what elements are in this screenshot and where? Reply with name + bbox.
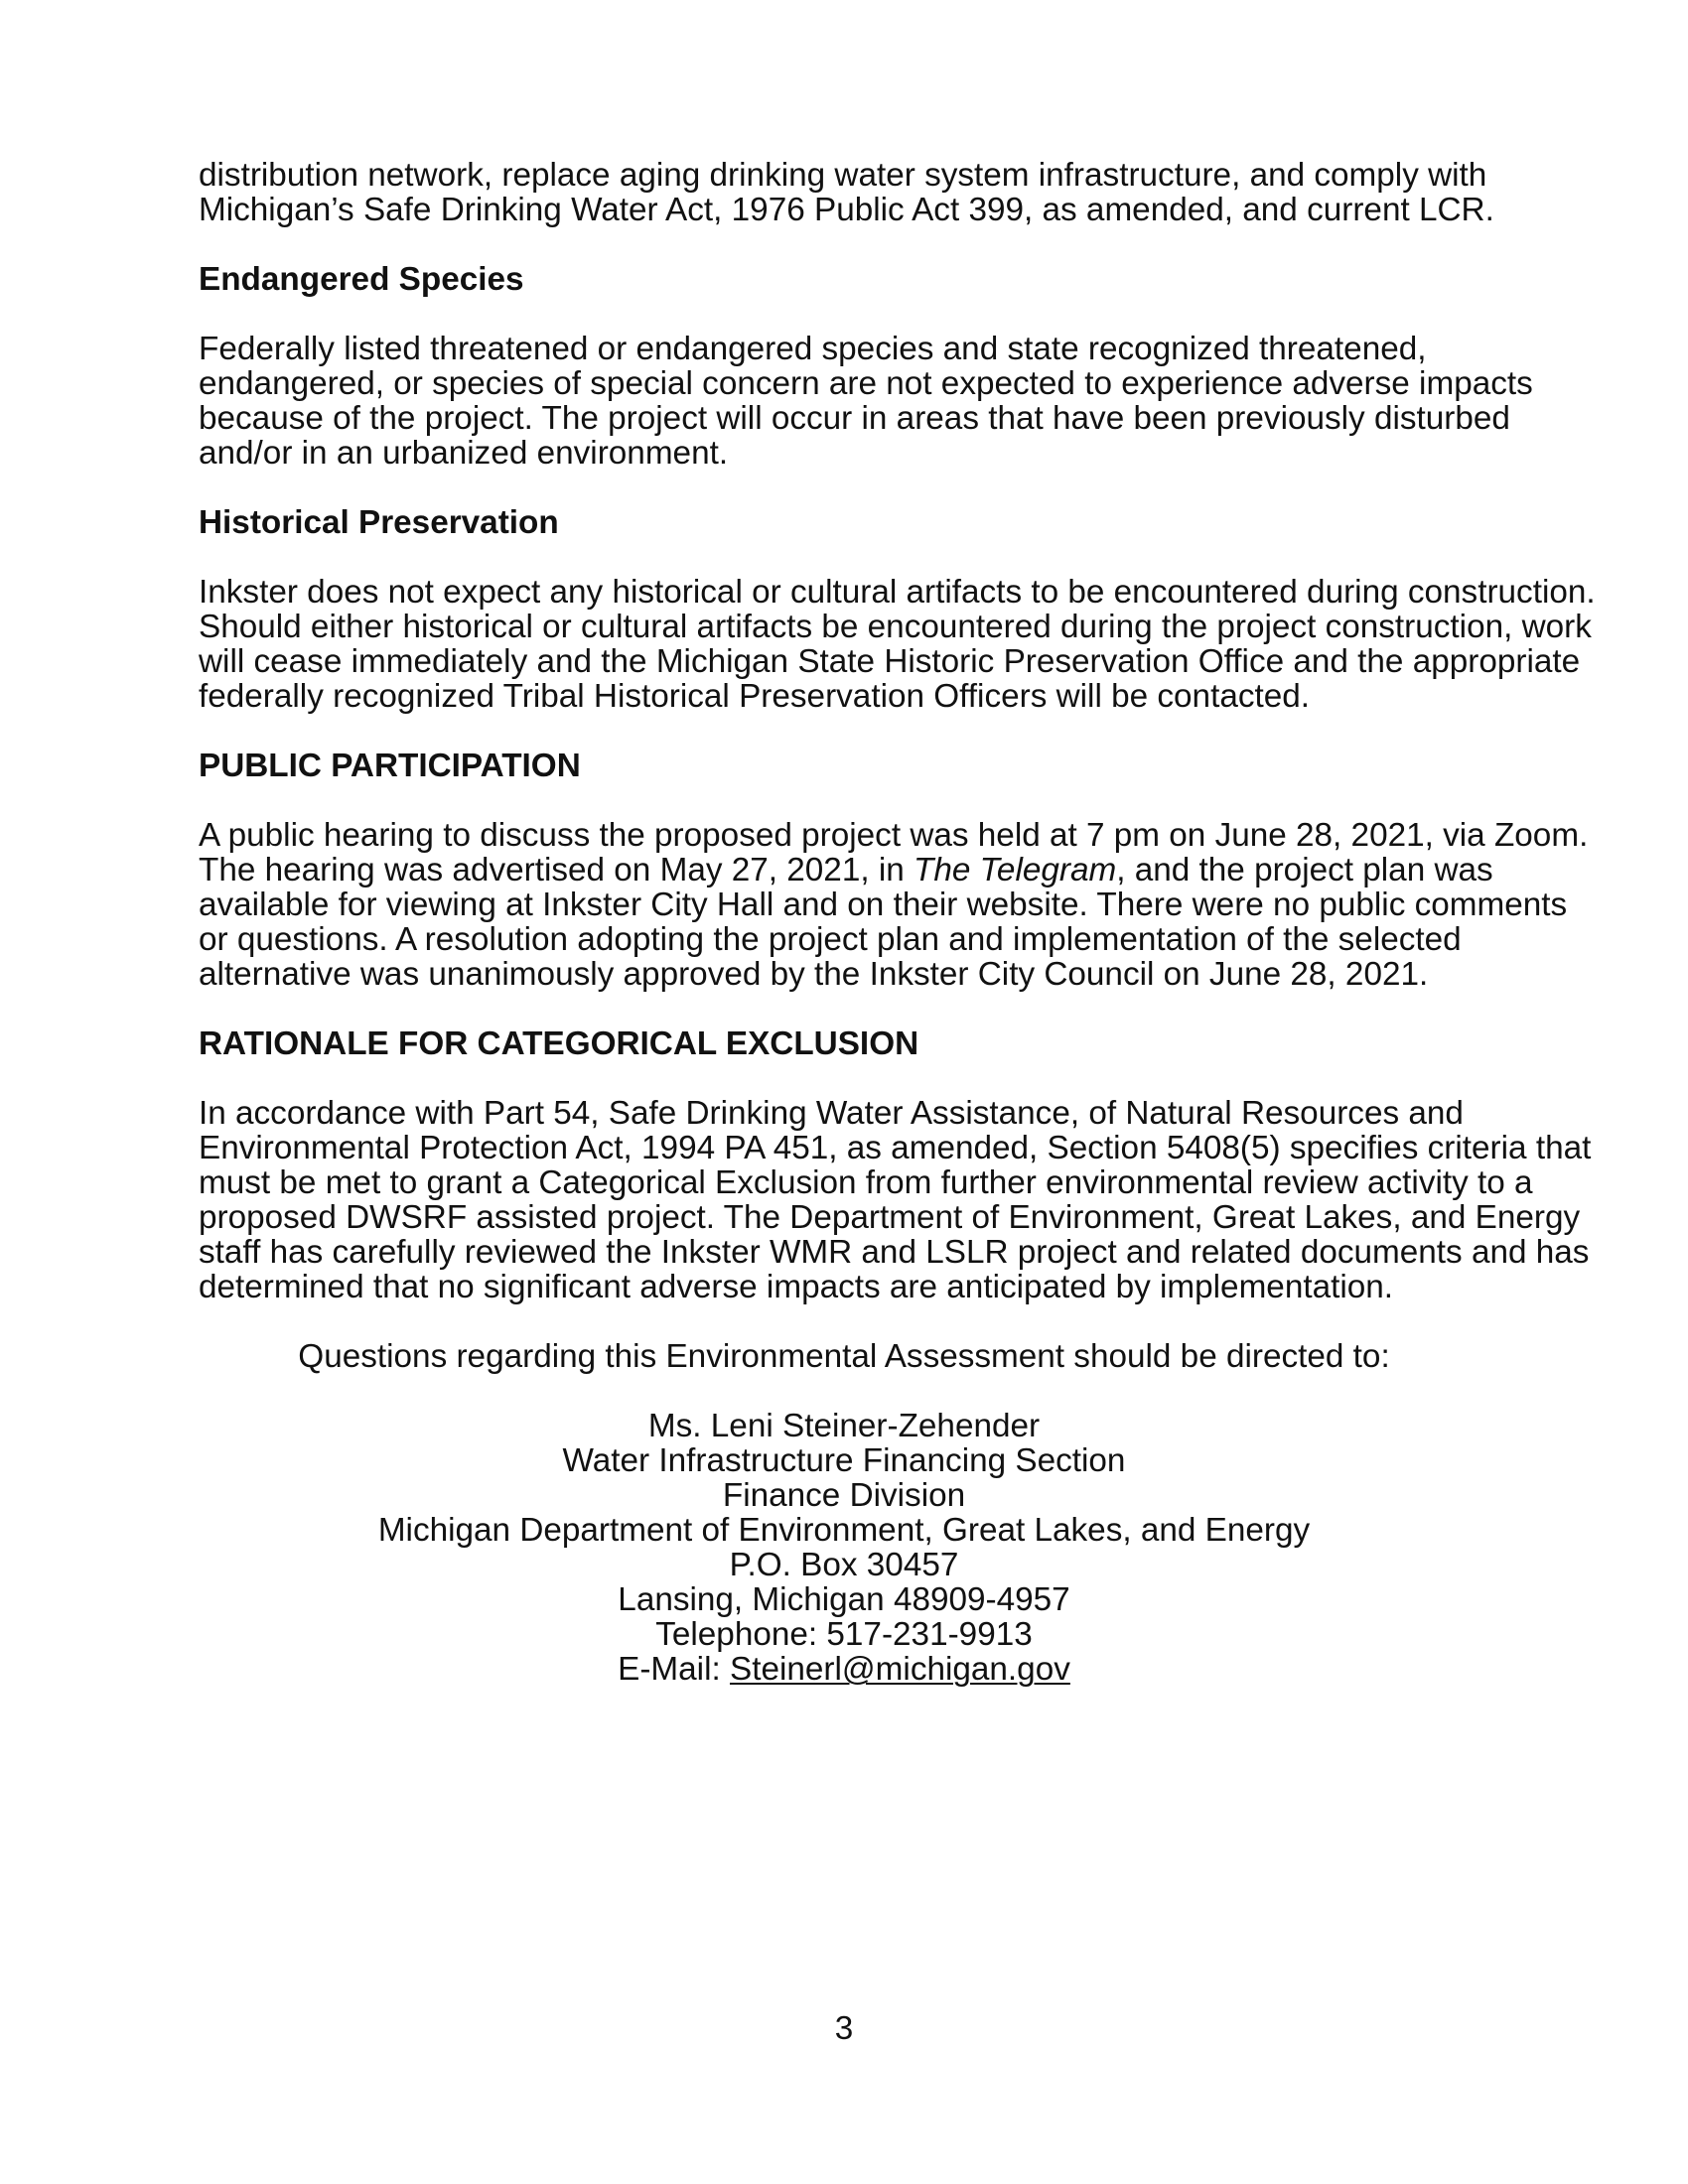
paragraph-line: Federally listed threatened or endangere… [199,332,1489,366]
section-heading-historical-preservation: Historical Preservation [199,505,1489,540]
newspaper-title: The Telegram [914,852,1116,888]
paragraph-line: or questions. A resolution adopting the … [199,922,1489,957]
paragraph-line: alternative was unanimously approved by … [199,957,1489,992]
paragraph-line: federally recognized Tribal Historical P… [199,679,1489,714]
section-heading-rationale: RATIONALE FOR CATEGORICAL EXCLUSION [199,1026,1489,1061]
paragraph-line: determined that no significant adverse i… [199,1270,1489,1304]
spacer [199,992,1489,1026]
paragraph-line: Michigan’s Safe Drinking Water Act, 1976… [199,193,1489,227]
intro-paragraph: distribution network, replace aging drin… [199,158,1489,227]
contact-name: Ms. Leni Steiner-Zehender [199,1409,1489,1443]
spacer [199,1061,1489,1096]
paragraph-line: because of the project. The project will… [199,401,1489,436]
paragraph-line: A public hearing to discuss the proposed… [199,818,1489,853]
text-run: The hearing was advertised on May 27, 20… [199,852,914,888]
paragraph-line: Environmental Protection Act, 1994 PA 45… [199,1131,1489,1165]
spacer [199,297,1489,332]
email-label: E-Mail: [618,1651,730,1688]
contact-section: Water Infrastructure Financing Section [199,1443,1489,1478]
paragraph-line: Inkster does not expect any historical o… [199,575,1489,610]
spacer [199,540,1489,575]
paragraph-line: Should either historical or cultural art… [199,610,1489,644]
public-participation-paragraph: A public hearing to discuss the proposed… [199,818,1489,992]
endangered-species-paragraph: Federally listed threatened or endangere… [199,332,1489,471]
historical-preservation-paragraph: Inkster does not expect any historical o… [199,575,1489,714]
contact-address-block: Ms. Leni Steiner-Zehender Water Infrastr… [199,1409,1489,1687]
spacer [199,471,1489,505]
paragraph-line: must be met to grant a Categorical Exclu… [199,1165,1489,1200]
contact-city: Lansing, Michigan 48909-4957 [199,1582,1489,1617]
paragraph-line: will cease immediately and the Michigan … [199,644,1489,679]
text-run: , and the project plan was [1116,852,1492,888]
paragraph-line: available for viewing at Inkster City Ha… [199,887,1489,922]
rationale-paragraph: In accordance with Part 54, Safe Drinkin… [199,1096,1489,1304]
paragraph-line: In accordance with Part 54, Safe Drinkin… [199,1096,1489,1131]
paragraph-line: The hearing was advertised on May 27, 20… [199,853,1489,887]
paragraph-line: endangered, or species of special concer… [199,366,1489,401]
contact-intro: Questions regarding this Environmental A… [199,1339,1489,1374]
spacer [199,227,1489,262]
section-heading-public-participation: PUBLIC PARTICIPATION [199,749,1489,783]
paragraph-line: proposed DWSRF assisted project. The Dep… [199,1200,1489,1235]
spacer [199,1374,1489,1409]
contact-po-box: P.O. Box 30457 [199,1548,1489,1582]
paragraph-line: and/or in an urbanized environment. [199,436,1489,471]
paragraph-line: distribution network, replace aging drin… [199,158,1489,193]
paragraph-line: staff has carefully reviewed the Inkster… [199,1235,1489,1270]
contact-department: Michigan Department of Environment, Grea… [199,1513,1489,1548]
contact-telephone: Telephone: 517-231-9913 [199,1617,1489,1652]
page-number: 3 [0,2011,1688,2046]
email-link[interactable]: Steinerl@michigan.gov [730,1651,1070,1688]
document-page: distribution network, replace aging drin… [199,158,1489,1687]
spacer [199,783,1489,818]
contact-division: Finance Division [199,1478,1489,1513]
contact-email-line: E-Mail: Steinerl@michigan.gov [199,1652,1489,1687]
section-heading-endangered-species: Endangered Species [199,262,1489,297]
spacer [199,714,1489,749]
spacer [199,1304,1489,1339]
